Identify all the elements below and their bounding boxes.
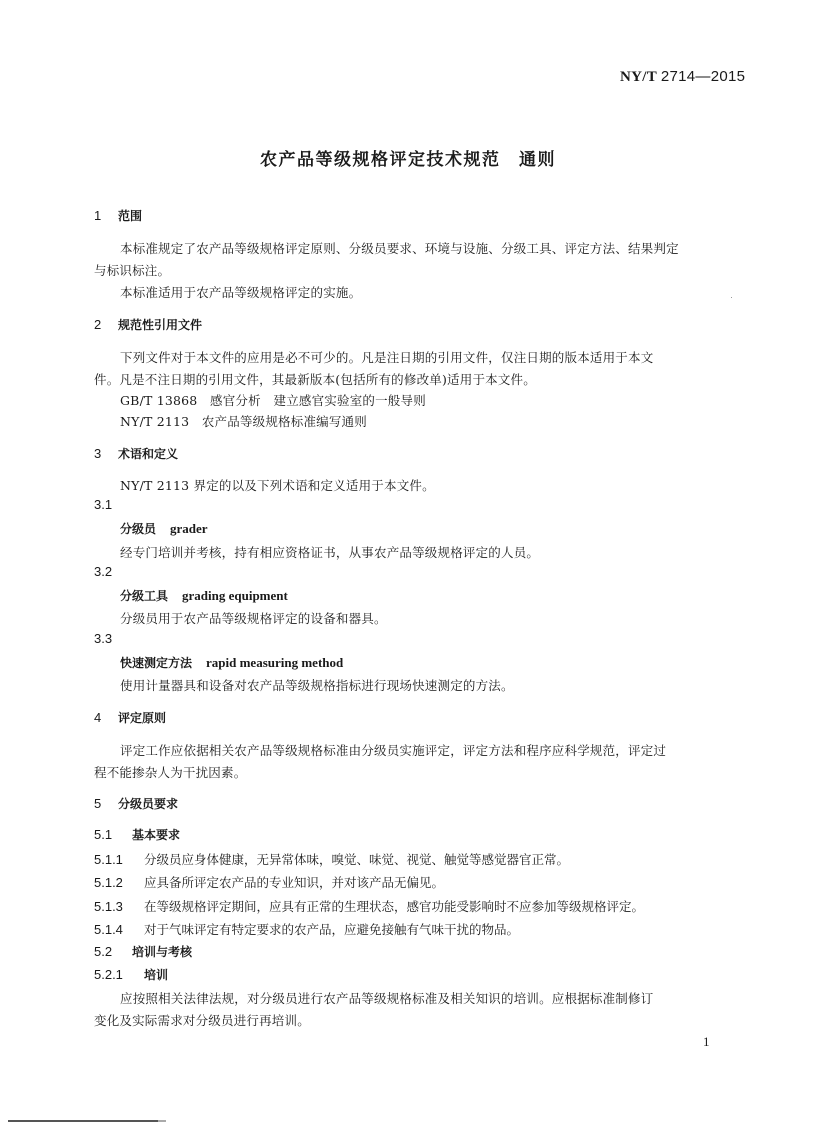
- document-title: 农产品等级规格评定技术规范 通则: [0, 145, 816, 170]
- term-en: rapid measuring method: [206, 655, 343, 670]
- clause-text: 对于气味评定有特定要求的农产品，应避免接触有气味干扰的物品。: [144, 922, 519, 937]
- term-number: 3.1: [94, 497, 112, 512]
- term-heading: 快速测定方法rapid measuring method: [120, 654, 343, 671]
- section-1-para2: 本标准适用于农产品等级规格评定的实施。: [120, 283, 361, 301]
- subsection-5-2-1-para-line1: 应按照相关法律法规，对分级员进行农产品等级规格标准及相关知识的培训。应根据标准制…: [120, 989, 653, 1007]
- term-definition: 分级员用于农产品等级规格评定的设备和器具。: [120, 609, 387, 627]
- section-number: 4: [94, 710, 118, 725]
- reference-code: GB/T 13868: [120, 393, 197, 408]
- standard-code: NY/T 2714—2015: [620, 68, 745, 86]
- section-1-para1-line2: 与标识标注。: [94, 261, 170, 279]
- term-definition: 使用计量器具和设备对农产品等级规格指标进行现场快速测定的方法。: [120, 676, 514, 694]
- section-3-intro: NY/T 2113 界定的以及下列术语和定义适用于本文件。: [120, 476, 435, 494]
- standard-code-prefix: NY/T: [620, 69, 657, 85]
- clause-item: 5.1.4对于气味评定有特定要求的农产品，应避免接触有气味干扰的物品。: [94, 920, 519, 938]
- subsection-number: 5.2: [94, 944, 132, 959]
- section-title: 评定原则: [118, 711, 166, 725]
- section-number: 1: [94, 208, 118, 223]
- section-title: 范围: [118, 209, 142, 223]
- term-en: grading equipment: [182, 588, 288, 603]
- clause-text: 应具备所评定农产品的专业知识，并对该产品无偏见。: [144, 875, 444, 890]
- section-number: 5: [94, 796, 118, 811]
- section-3-heading: 3术语和定义: [94, 445, 178, 462]
- reference-item: NY/T 2113 农产品等级规格标准编写通则: [120, 412, 367, 430]
- document-page: NY/T 2714—2015 农产品等级规格评定技术规范 通则 1范围 本标准规…: [0, 0, 816, 1122]
- term-zh: 快速测定方法: [120, 656, 192, 670]
- reference-item: GB/T 13868 感官分析 建立感官实验室的一般导则: [120, 391, 426, 409]
- subsection-5-2-heading: 5.2培训与考核: [94, 943, 192, 960]
- subsection-title: 基本要求: [132, 828, 180, 842]
- term-en: grader: [170, 521, 208, 536]
- term-heading: 分级工具grading equipment: [120, 587, 288, 604]
- section-title: 术语和定义: [118, 447, 178, 461]
- term-definition: 经专门培训并考核，持有相应资格证书，从事农产品等级规格评定的人员。: [120, 543, 539, 561]
- subsection-5-1-heading: 5.1基本要求: [94, 826, 180, 843]
- clause-number: 5.1.2: [94, 875, 144, 890]
- section-4-para1-line1: 评定工作应依据相关农产品等级规格标准由分级员实施评定，评定方法和程序应科学规范，…: [120, 741, 666, 759]
- page-number: 1: [703, 1034, 710, 1050]
- clause-item: 5.1.3在等级规格评定期间，应具有正常的生理状态，感官功能受影响时不应参加等级…: [94, 897, 644, 915]
- standard-code-number: 2714—2015: [661, 68, 745, 85]
- section-5-heading: 5分级员要求: [94, 795, 178, 812]
- subsection-number: 5.1: [94, 827, 132, 842]
- clause-number: 5.1.3: [94, 899, 144, 914]
- term-number: 3.2: [94, 564, 112, 579]
- section-4-heading: 4评定原则: [94, 709, 166, 726]
- clause-item: 5.1.2应具备所评定农产品的专业知识，并对该产品无偏见。: [94, 873, 444, 891]
- term-number: 3.3: [94, 631, 112, 646]
- subsection-number: 5.2.1: [94, 967, 144, 982]
- clause-number: 5.1.4: [94, 922, 144, 937]
- subsection-5-2-1-heading: 5.2.1培训: [94, 966, 168, 983]
- section-2-heading: 2规范性引用文件: [94, 316, 202, 333]
- term-heading: 分级员grader: [120, 520, 208, 537]
- section-number: 3: [94, 446, 118, 461]
- section-4-para1-line2: 程不能掺杂人为干扰因素。: [94, 763, 246, 781]
- reference-code: NY/T 2113: [120, 414, 189, 429]
- term-zh: 分级员: [120, 522, 156, 536]
- subsection-5-2-1-para-line2: 变化及实际需求对分级员进行再培训。: [94, 1011, 310, 1029]
- reference-title: 感官分析 建立感官实验室的一般导则: [210, 393, 426, 408]
- section-1-para1-line1: 本标准规定了农产品等级规格评定原则、分级员要求、环境与设施、分级工具、评定方法、…: [120, 239, 679, 257]
- clause-item: 5.1.1分级员应身体健康，无异常体味，嗅觉、味觉、视觉、触觉等感觉器官正常。: [94, 850, 569, 868]
- section-title: 规范性引用文件: [118, 318, 202, 332]
- clause-number: 5.1.1: [94, 852, 144, 867]
- section-number: 2: [94, 317, 118, 332]
- subsection-title: 培训与考核: [132, 945, 192, 959]
- clause-text: 分级员应身体健康，无异常体味，嗅觉、味觉、视觉、触觉等感觉器官正常。: [144, 852, 569, 867]
- section-title: 分级员要求: [118, 797, 178, 811]
- scan-speck: [731, 297, 732, 298]
- term-zh: 分级工具: [120, 589, 168, 603]
- reference-title: 农产品等级规格标准编写通则: [202, 414, 367, 429]
- section-2-para1-line1: 下列文件对于本文件的应用是必不可少的。凡是注日期的引用文件，仅注日期的版本适用于…: [120, 348, 653, 366]
- section-2-para1-line2: 件。凡是不注日期的引用文件，其最新版本(包括所有的修改单)适用于本文件。: [94, 370, 536, 388]
- section-1-heading: 1范围: [94, 207, 142, 224]
- subsection-title: 培训: [144, 968, 168, 982]
- clause-text: 在等级规格评定期间，应具有正常的生理状态，感官功能受影响时不应参加等级规格评定。: [144, 899, 644, 914]
